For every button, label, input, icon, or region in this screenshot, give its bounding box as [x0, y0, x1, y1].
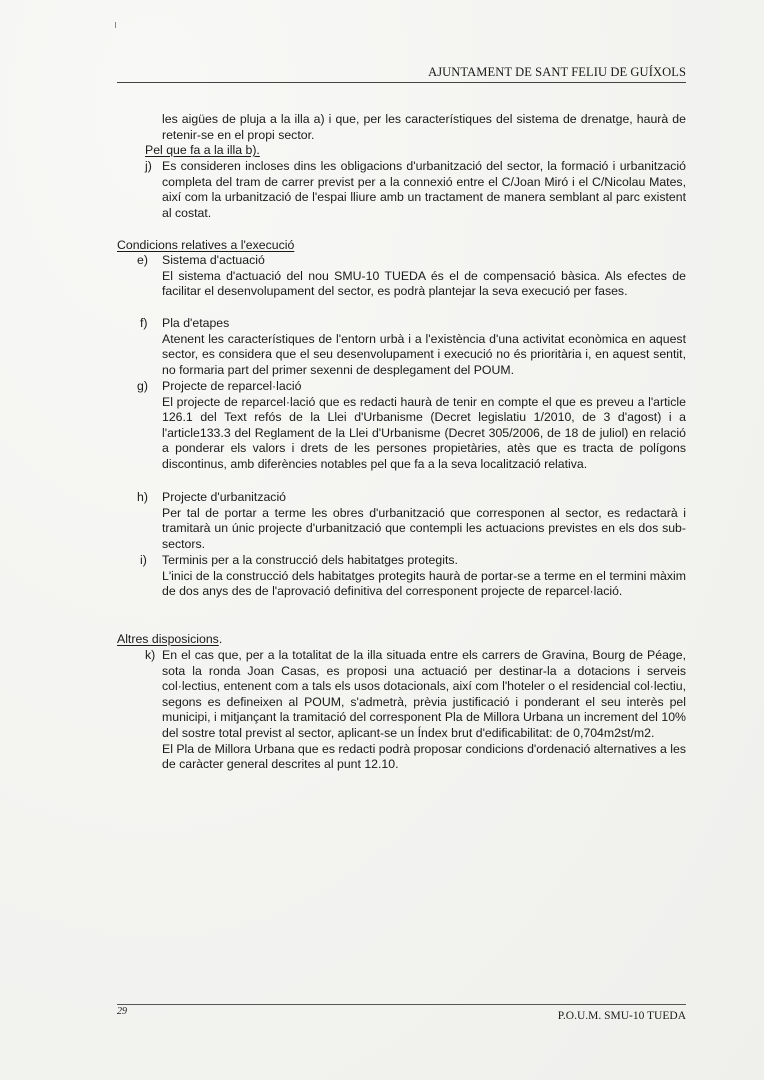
item-marker: i): [140, 553, 147, 569]
illa-b-heading: Pel que fa a la illa b).: [145, 143, 685, 159]
item-text: El sistema d'actuació del nou SMU-10 TUE…: [162, 269, 686, 300]
list-item-j: j) Es consideren incloses dins les oblig…: [145, 159, 686, 221]
item-text: Per tal de portar a terme les obres d'ur…: [162, 506, 686, 553]
list-item-f: f) Pla d'etapes Atenent les característi…: [140, 316, 686, 378]
item-text: El projecte de reparcel·lació que es red…: [162, 395, 686, 473]
item-text: Atenent les característiques de l'entorn…: [162, 332, 686, 379]
page-footer: 29 P.O.U.M. SMU-10 TUEDA: [117, 1004, 686, 1005]
list-item-k: k) En el cas que, per a la totalitat de …: [145, 648, 686, 773]
item-title: Terminis per a la construcció dels habit…: [162, 553, 686, 569]
section-heading: Altres disposicions: [117, 632, 219, 646]
item-text-secondary: El Pla de Millora Urbana que es redacti …: [162, 742, 686, 773]
item-title: Projecte de reparcel·lació: [162, 379, 686, 395]
list-item-g: g) Projecte de reparcel·lació El project…: [137, 379, 686, 473]
list-item-e: e) Sistema d'actuació El sistema d'actua…: [137, 253, 686, 300]
item-text: En el cas que, per a la totalitat de la …: [162, 648, 686, 742]
item-marker: h): [137, 490, 148, 506]
header-title: AJUNTAMENT DE SANT FELIU DE GUÍXOLS: [428, 65, 686, 79]
item-marker: j): [145, 159, 152, 175]
item-text: L'inici de la construcció dels habitatge…: [162, 569, 686, 600]
execucio-heading: Condicions relatives a l'execució: [117, 238, 677, 254]
section-subheading: Pel que fa a la illa b).: [145, 143, 260, 157]
document-reference: P.O.U.M. SMU-10 TUEDA: [558, 1010, 686, 1022]
item-marker: f): [140, 316, 148, 332]
item-title: Sistema d'actuació: [162, 253, 686, 269]
altres-heading: Altres disposicions.: [117, 632, 677, 648]
item-title: Projecte d'urbanització: [162, 490, 686, 506]
continuation-paragraph: les aigües de pluja a la illa a) i que, …: [162, 112, 686, 143]
item-marker: k): [145, 648, 155, 664]
scan-speck: [115, 22, 116, 28]
section-heading: Condicions relatives a l'execució: [117, 238, 294, 252]
page-number: 29: [117, 1006, 127, 1017]
item-title: Pla d'etapes: [162, 316, 686, 332]
list-item-h: h) Projecte d'urbanització Per tal de po…: [137, 490, 686, 552]
item-marker: e): [137, 253, 148, 269]
page-header: AJUNTAMENT DE SANT FELIU DE GUÍXOLS: [117, 65, 686, 83]
list-item-i: i) Terminis per a la construcció dels ha…: [140, 553, 686, 600]
item-text: Es consideren incloses dins les obligaci…: [162, 159, 686, 221]
item-marker: g): [137, 379, 148, 395]
